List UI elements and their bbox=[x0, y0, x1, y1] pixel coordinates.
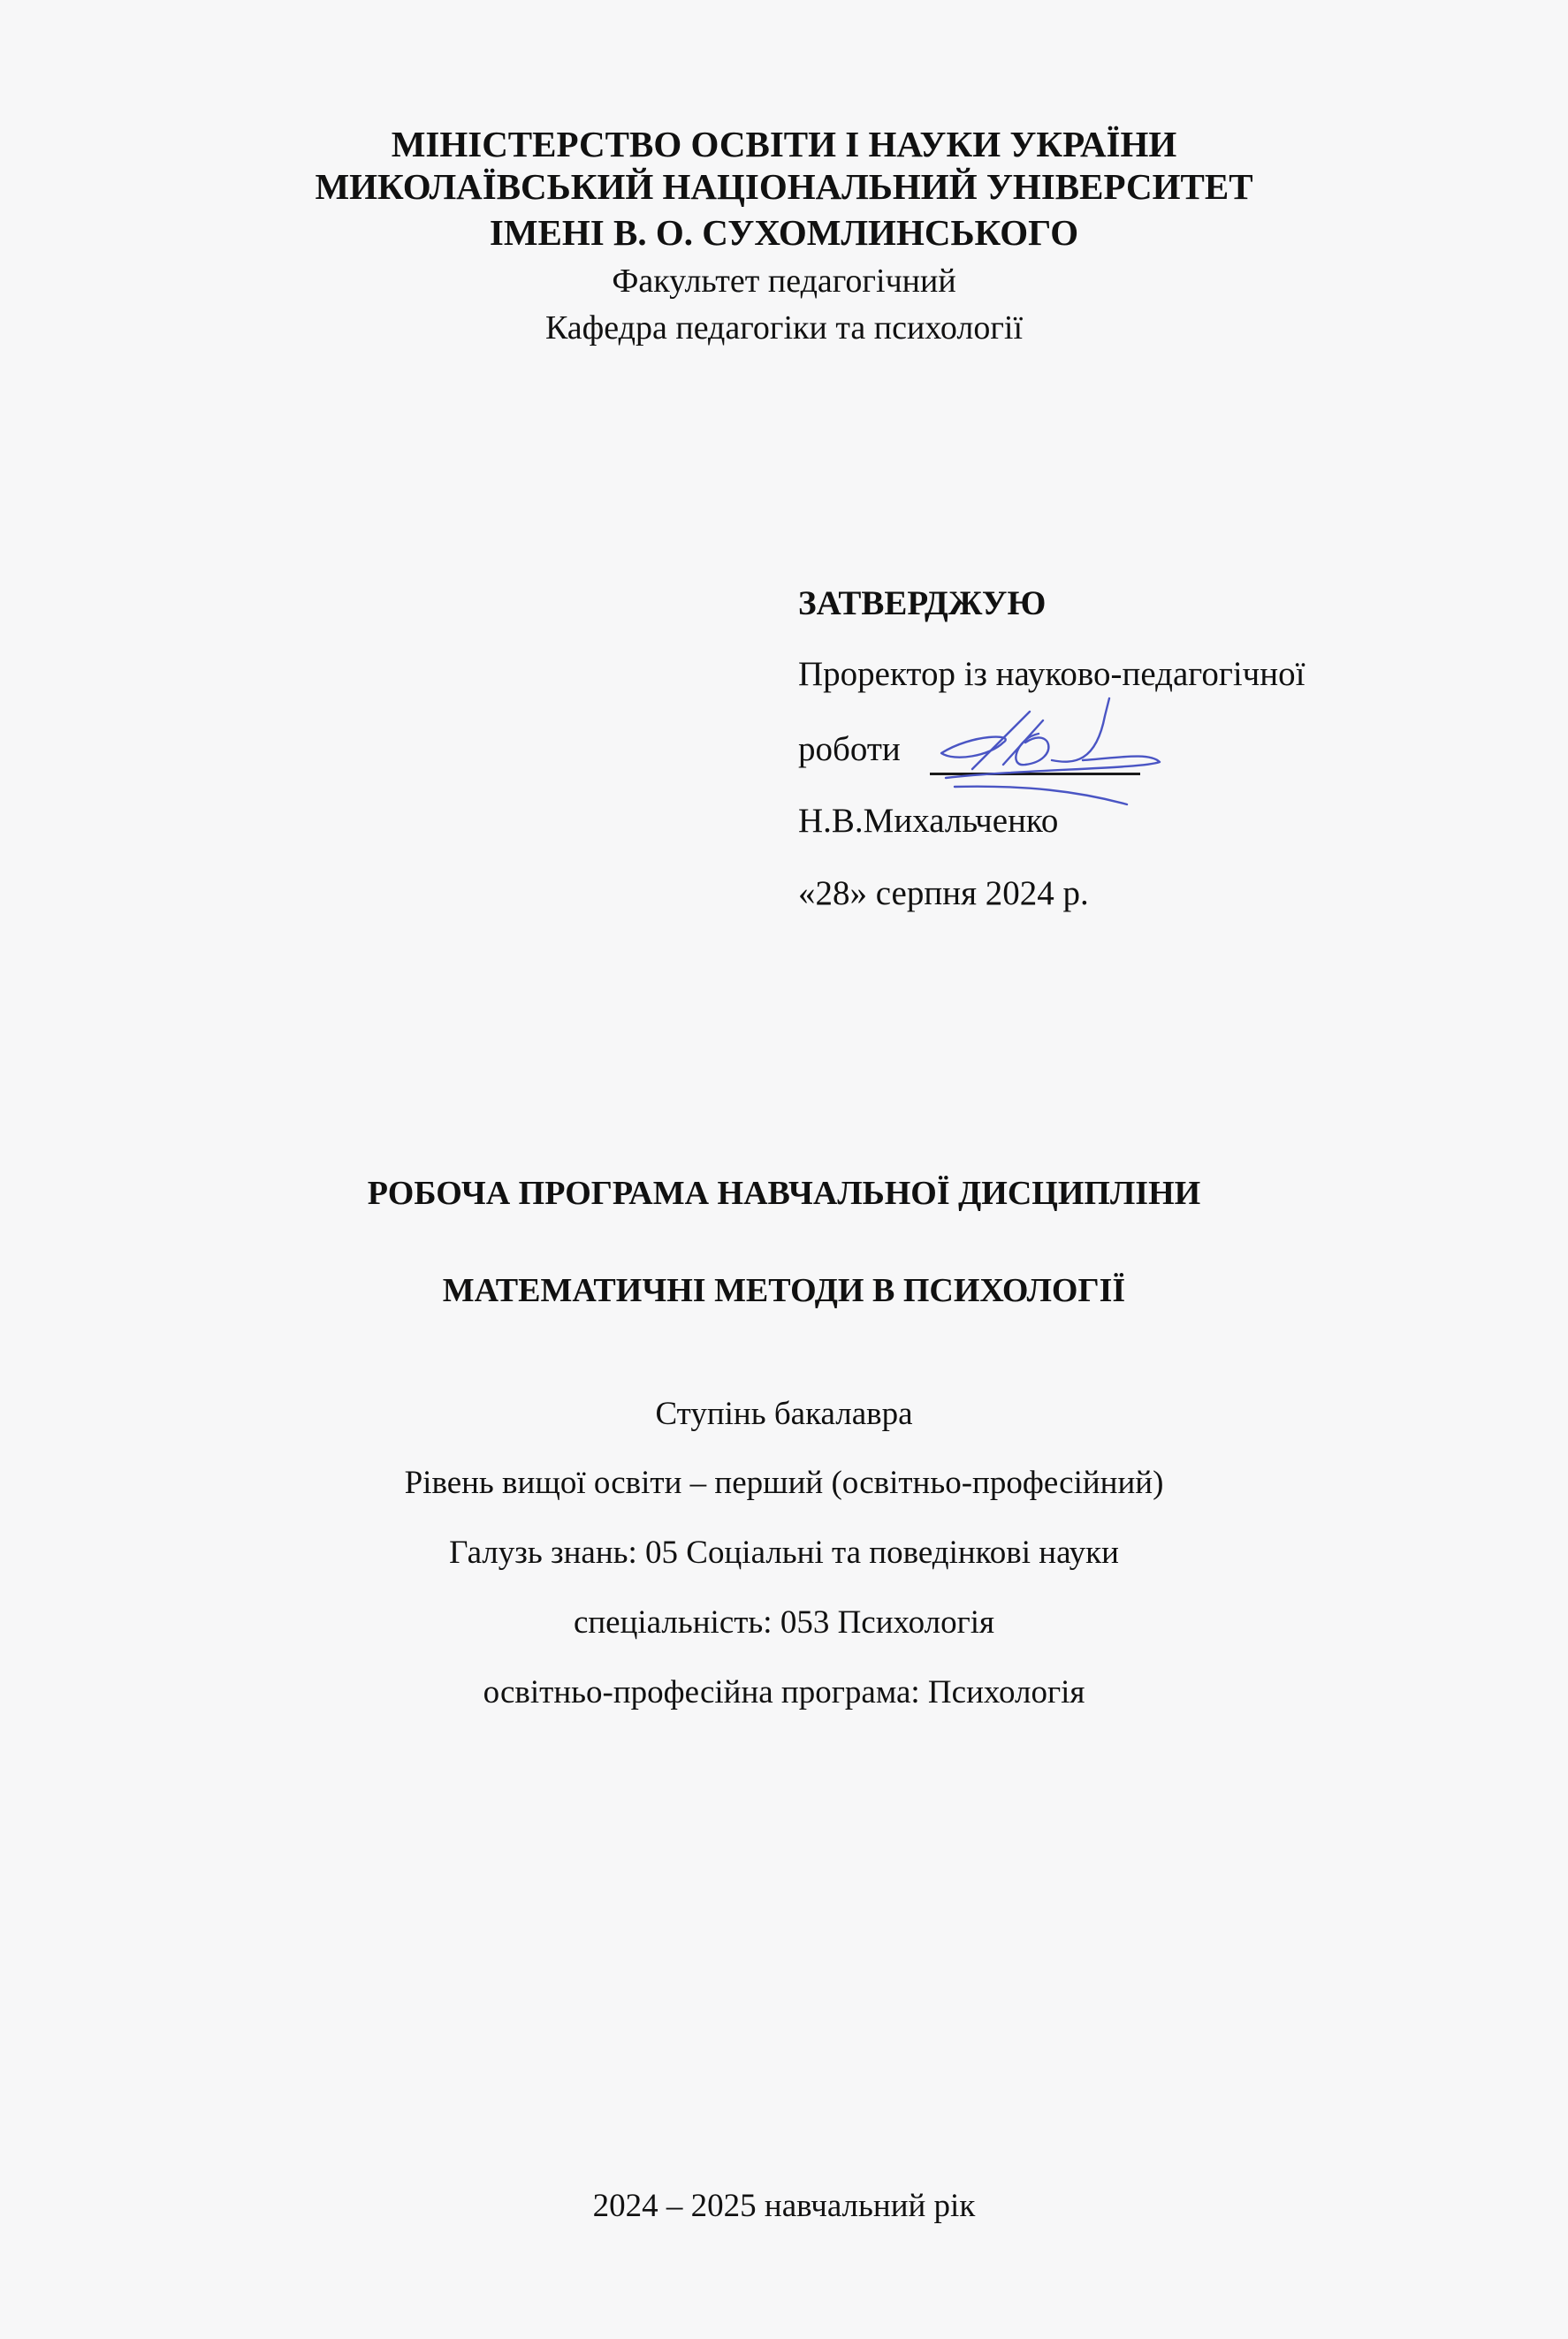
program-title: РОБОЧА ПРОГРАМА НАВЧАЛЬНОЇ ДИСЦИПЛІНИ bbox=[0, 1174, 1568, 1213]
degree: Ступінь бакалавра bbox=[0, 1395, 1568, 1433]
approval-date: «28» серпня 2024 р. bbox=[798, 873, 1089, 913]
specialty: спеціальність: 053 Психологія bbox=[0, 1604, 1568, 1642]
academic-year: 2024 – 2025 навчальний рік bbox=[0, 2187, 1568, 2225]
university-name-line1: МИКОЛАЇВСЬКИЙ НАЦІОНАЛЬНИЙ УНІВЕРСИТЕТ bbox=[0, 166, 1568, 208]
signature-icon bbox=[919, 681, 1184, 813]
ministry-heading: МІНІСТЕРСТВО ОСВІТИ І НАУКИ УКРАЇНИ bbox=[0, 124, 1568, 165]
discipline-title: МАТЕМАТИЧНІ МЕТОДИ В ПСИХОЛОГІЇ bbox=[0, 1271, 1568, 1310]
faculty-name: Факультет педагогічний bbox=[0, 261, 1568, 302]
field-of-knowledge: Галузь знань: 05 Соціальні та поведінков… bbox=[0, 1534, 1568, 1572]
approver-position-line2: роботи bbox=[798, 729, 901, 769]
approval-heading: ЗАТВЕРДЖУЮ bbox=[798, 583, 1046, 623]
university-name-line2: ІМЕНІ В. О. СУХОМЛИНСЬКОГО bbox=[0, 212, 1568, 254]
document-page: МІНІСТЕРСТВО ОСВІТИ І НАУКИ УКРАЇНИ МИКО… bbox=[0, 0, 1568, 2339]
educational-program: освітньо-професійна програма: Психологія bbox=[0, 1673, 1568, 1711]
department-name: Кафедра педагогіки та психології bbox=[0, 308, 1568, 349]
education-level: Рівень вищої освіти – перший (освітньо-п… bbox=[0, 1464, 1568, 1502]
